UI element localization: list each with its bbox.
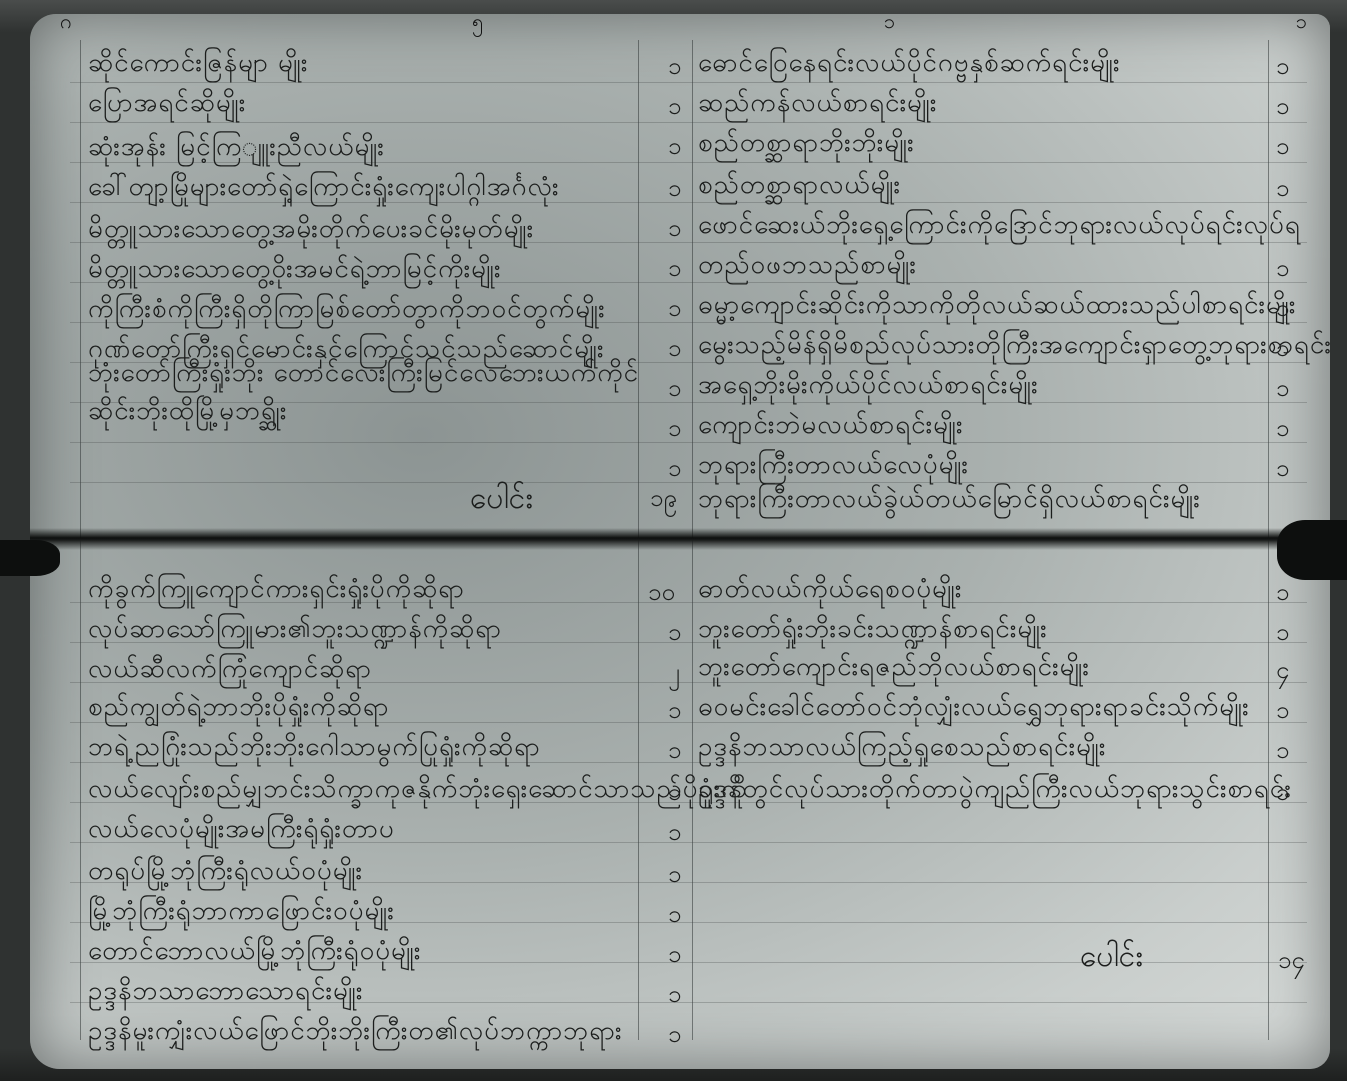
ledger-entry: ဘုံးတော်ကြီးရှုံးဘိုး တောင်လေးကြီးမြင်လေ…	[88, 354, 639, 394]
entry-count: ၁	[668, 172, 682, 208]
entry-count: ၁	[668, 1018, 682, 1054]
entry-count: ၁	[668, 978, 682, 1014]
side-mark: ၁	[1276, 576, 1290, 612]
ledger-entry: ဆိုင်းဘိုးထိုမြို့မှဘရ္ဆိုး	[88, 392, 287, 432]
entry-count: ၁	[668, 858, 682, 894]
ledger-entry: ကိုကြီးစံကိုကြီးရှိတိုကြာမြစ်တော်တွာကိုဘ…	[88, 290, 606, 330]
ledger-entry: ခေါ်တျာ့မြိုများတော်ရှဲ့ကြောင်းရှုံးကျေး…	[88, 168, 559, 208]
ledger-entry: စည်တစ္ဆာရာဘိုးဘိုးမျိုး	[698, 124, 915, 164]
entry-count: ၂	[668, 656, 680, 692]
ledger-entry: ဘူးတော်ကျောင်းရဇည်ဘိုလယ်စာရင်းမျိုး	[698, 648, 1090, 688]
header-mark: ၅	[472, 8, 483, 36]
side-mark: ၄	[1276, 654, 1290, 690]
entry-count: ၁	[668, 694, 682, 730]
ledger-entry: ဥဒ္ဒနိတွင်လုပ်သားတိုက်တာပွဲကျည်ကြီးလယ်ဘု…	[698, 770, 1292, 810]
side-mark: ၁	[1276, 616, 1290, 652]
ledger-entry: လယ်ဆီလက်ကြုံကျောင်ဆိုရာ	[88, 650, 372, 690]
fold-tear-left	[0, 540, 60, 576]
entry-count: ၁	[668, 332, 682, 368]
ledger-entry: စည်ကျွတ်ရဲ့ဘာဘိုးပိုရှုံးကိုဆိုရာ	[88, 688, 389, 728]
ledger-entry: မွေးသည့်မိန်ရှိမိစည်လုပ်သားတိုကြီးအကျောင…	[698, 326, 1332, 366]
ledger-entry: ဘရဲ့ညဂြုံးသည်ဘိုးဘိုးဂေါသာမွက်ပြုရှုံးကိ…	[88, 728, 541, 768]
total-label: ပေါင်း	[470, 478, 533, 523]
entry-count: ၁	[668, 938, 682, 974]
ledger-entry: ဓာတ်လယ်ကိုယ်ရေစဝပုံမျိုး	[698, 570, 962, 610]
entry-count: ၁	[668, 292, 682, 328]
entry-count: ၁	[668, 898, 682, 934]
ledger-entry: ဥဒ္ဒနိဘသာဘောသောရင်းမျိုး	[88, 972, 363, 1012]
page-fold	[30, 528, 1340, 550]
ledger-entry: လယ်လေပုံမျိုးအမကြီးရုံရှုံးတာပ	[88, 810, 395, 850]
ledger-entry: ဘူးတော်ရှုံးဘိုးခင်းသဏ္ဍာန်စာရင်းမျိုး	[698, 610, 1048, 650]
side-mark: ၁	[1276, 412, 1290, 448]
entry-count: ၁	[668, 372, 682, 408]
side-mark: ၁	[1276, 734, 1290, 770]
ledger-entry: ဥဒ္ဒနိမူးကျှံးလယ်ဖြောင်ဘိုးဘိုးကြီးတ၏လုပ…	[88, 1012, 622, 1052]
ledger-entry: ဓောင်ဝြေနေရင်းလယ်ပိုင်ဂဗ္ဗနှစ်ဆက်ရင်းမျိ…	[698, 44, 1120, 84]
side-mark: ၁	[1276, 130, 1290, 166]
entry-count: ၁	[668, 734, 682, 770]
ledger-entry: စည်တစ္ဆာရာလယ်မျိုး	[698, 166, 901, 206]
header-mark: ဂ	[60, 8, 71, 36]
entry-count: ၁	[668, 616, 682, 652]
side-mark: ၁	[1276, 372, 1290, 408]
entry-count: ၁	[668, 50, 682, 86]
side-mark: ၁	[1276, 252, 1290, 288]
ledger-entry: ဘုရားကြီးတာလယ်ခွဲယ်တယ်မြောင်ရှိလယ်စာရင်း…	[698, 480, 1201, 520]
ledger-entry: တရုပ်မြို့ဘုံကြီးရုံလယ်ဝပုံမျိုး	[88, 852, 363, 892]
total-label: ပေါင်း	[1080, 936, 1143, 981]
ledger-entry: လယ်လျော်းစည်မျှဘင်းသိက္ခာကုဇနိုက်ဘုံးရှေ…	[88, 770, 747, 810]
side-mark: ၁	[1276, 90, 1290, 126]
header-mark: ၁	[884, 8, 895, 36]
entry-count: ၁	[668, 412, 682, 448]
ledger-entry: မိတ္တူသားသောတွေ့ဝိုးအမင်ရဲ့ဘာမြင့်ကိုးမျ…	[88, 250, 501, 290]
ledger-entry: တည်ဝဖဘသည်စာမျိုး	[698, 246, 917, 286]
header-marks: ဂ ၅ ၁ ၁	[60, 8, 1307, 36]
ledger-entry: ဓမ္မာ့ကျောင်းဆိုင်းကိုသာကိုတိုလယ်ဆယ်ထားသ…	[698, 286, 1296, 326]
entry-count: ၁	[668, 130, 682, 166]
ledger-entry: တောင်ဘောလယ်မြို့ဘုံကြီးရုံဝပုံမျိုး	[88, 932, 421, 972]
ledger-entry: အရှေ့ဘိုးမိုးကိုယ်ပိုင်လယ်စာရင်းမျိုး	[698, 366, 1039, 406]
total-value: ၁၄	[1278, 944, 1305, 980]
ledger-entry: ဆုံးအုန်း မြင့်ကြျူးညီလယ်မျိုး	[88, 128, 385, 168]
entry-count: ၁	[668, 252, 682, 288]
ledger-entry: လုပ်ဆာသော်ကြူမား၏ဘူးသဏ္ဍာန်ကိုဆိုရာ	[88, 610, 502, 650]
ledger-entry: ပြောအရင်ဆိုမျိုး	[88, 84, 246, 124]
ledger-entry: ကျောင်းဘဲမလယ်စာရင်းမျိုး	[698, 406, 963, 446]
ledger-entry: ဥဒ္ဒနိဘသာလယ်ကြည့်ရှုစေသည်စာရင်းမျိုး	[698, 728, 1106, 768]
entry-count: ၁	[668, 452, 682, 488]
ledger-entry: မိတ္တူသားသောတွေ့အမိုးတိုက်ပေးခင်မိုးမုတ်…	[88, 210, 534, 250]
ledger-entry: မြို့ဘုံကြီးရုံဘာကာဖြောင်းဝပုံမျိုး	[88, 892, 395, 932]
ledger-entry: ဖောင်ဆေးယ်ဘိုးရှေ့ကြောင်းကိုဒြောင်ဘုရားလ…	[698, 206, 1301, 246]
entry-count: ၁	[668, 816, 682, 852]
fold-tear-right	[1277, 520, 1347, 580]
entry-count: ၁၀	[648, 576, 675, 612]
side-mark: ၁	[1276, 452, 1290, 488]
side-mark: ၁	[1276, 172, 1290, 208]
ledger-entry: ဆည်ကန်လယ်စာရင်းမျိုး	[698, 84, 937, 124]
ledger-entry: ဓဝမင်းခေါင်တော်ဝင်ဘုံလျှံးလယ်ရွှေဘုရားရာ…	[698, 688, 1250, 728]
side-mark: ၁	[1276, 50, 1290, 86]
side-mark: ၁	[1276, 292, 1290, 328]
side-mark: ၁	[1276, 776, 1290, 812]
ledger-entry: ဆိုင်ကောင်းဇြန်မျာ မျိုး	[88, 44, 308, 84]
entry-count: ၁	[668, 776, 682, 812]
side-mark: ၁	[1276, 332, 1290, 368]
entry-count: ၁	[668, 90, 682, 126]
side-mark: ၁	[1276, 694, 1290, 730]
header-mark: ၁	[1296, 8, 1307, 36]
entry-count: ၁	[668, 212, 682, 248]
ledger-entry: ကိုခွက်ကြူကျောင်ကားရှင်းရှုံးပိုကိုဆိုရာ	[88, 570, 465, 610]
